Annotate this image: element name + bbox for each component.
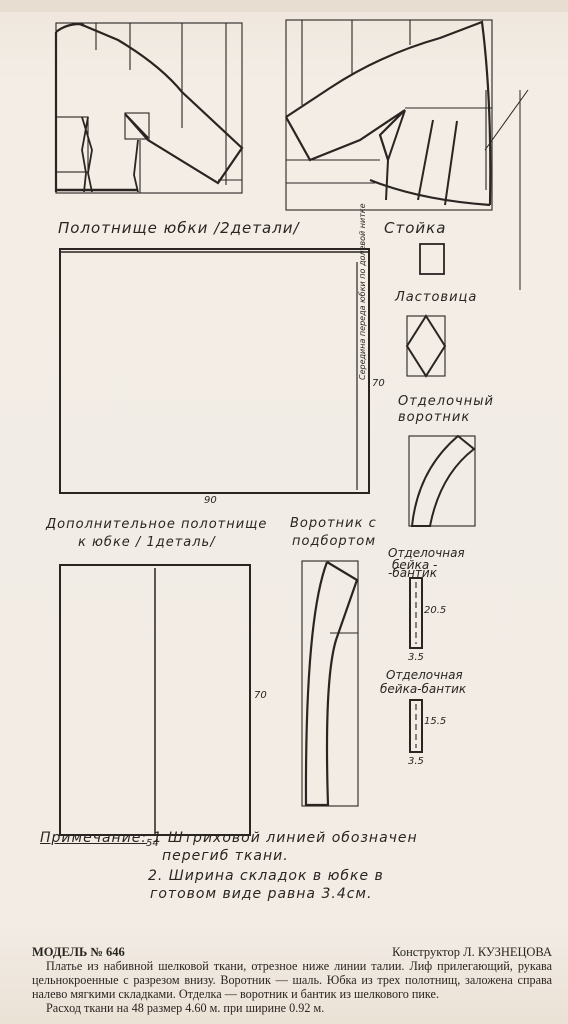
- extra-skirt-title-1: Дополнительное полотнище: [46, 517, 267, 532]
- stand-piece: [420, 244, 444, 274]
- designer: Конструктор Л. КУЗНЕЦОВА: [392, 945, 552, 959]
- gusset-piece: [407, 316, 445, 376]
- skirt-panel-piece: [60, 249, 369, 493]
- collar-facing-title-2: подбортом: [292, 534, 376, 549]
- skirt-panel-width: 90: [204, 495, 217, 506]
- back-pattern-piece: [56, 23, 242, 193]
- pattern-sheet: Полотнище юбки /2детали/ Стойка 90 70 Се…: [0, 0, 568, 1024]
- fabric-usage: Расход ткани на 48 размер 4.60 м. при ши…: [32, 1001, 552, 1015]
- model-description: Платье из набивной шелковой ткани, отрез…: [32, 959, 552, 1001]
- skirt-panel-height: 70: [372, 378, 385, 389]
- bow-strip-2-title-1: Отделочная: [386, 668, 463, 682]
- trim-collar-piece: [409, 436, 475, 526]
- collar-facing-title-1: Воротник с: [290, 516, 377, 531]
- bow-strip-2-width: 3.5: [408, 756, 424, 767]
- model-number: МОДЕЛЬ № 646: [32, 945, 125, 959]
- bow-strip-1-width: 3.5: [408, 652, 424, 663]
- notes-line-3: 2. Ширина складок в юбке в: [148, 868, 384, 884]
- bow-strip-1-title-3: -бантик: [388, 566, 437, 580]
- extra-skirt-height: 70: [254, 690, 267, 701]
- gusset-title: Ластовица: [395, 290, 477, 305]
- notes-line-4: готовом виде равна 3.4см.: [150, 886, 372, 902]
- notes-line-2: перегиб ткани.: [162, 848, 289, 864]
- stand-title: Стойка: [384, 219, 446, 237]
- notes-line-1: Примечание: 1 Штриховой линией обозначен: [40, 830, 418, 846]
- skirt-panel-title: Полотнище юбки /2детали/: [58, 219, 300, 237]
- trim-collar-title-2: воротник: [398, 410, 470, 425]
- notes-label: Примечание:: [40, 830, 147, 846]
- trim-collar-title-1: Отделочный: [398, 394, 494, 409]
- caption-header: МОДЕЛЬ № 646 Конструктор Л. КУЗНЕЦОВА: [32, 945, 552, 959]
- bow-strip-2-length: 15.5: [424, 716, 446, 727]
- extra-skirt-title-2: к юбке / 1деталь/: [78, 535, 216, 550]
- collar-facing-piece: [302, 561, 358, 806]
- model-caption: МОДЕЛЬ № 646 Конструктор Л. КУЗНЕЦОВА Пл…: [32, 945, 552, 1015]
- bow-strip-1-length: 20.5: [424, 605, 446, 616]
- bow-strip-2-title-2: бейка-бантик: [380, 682, 466, 696]
- notes-text-1: 1 Штриховой линией обозначен: [153, 830, 418, 846]
- skirt-grain-label: Середина переда юбки по долевой нитке: [358, 203, 367, 380]
- extra-skirt-panel-piece: [60, 565, 250, 835]
